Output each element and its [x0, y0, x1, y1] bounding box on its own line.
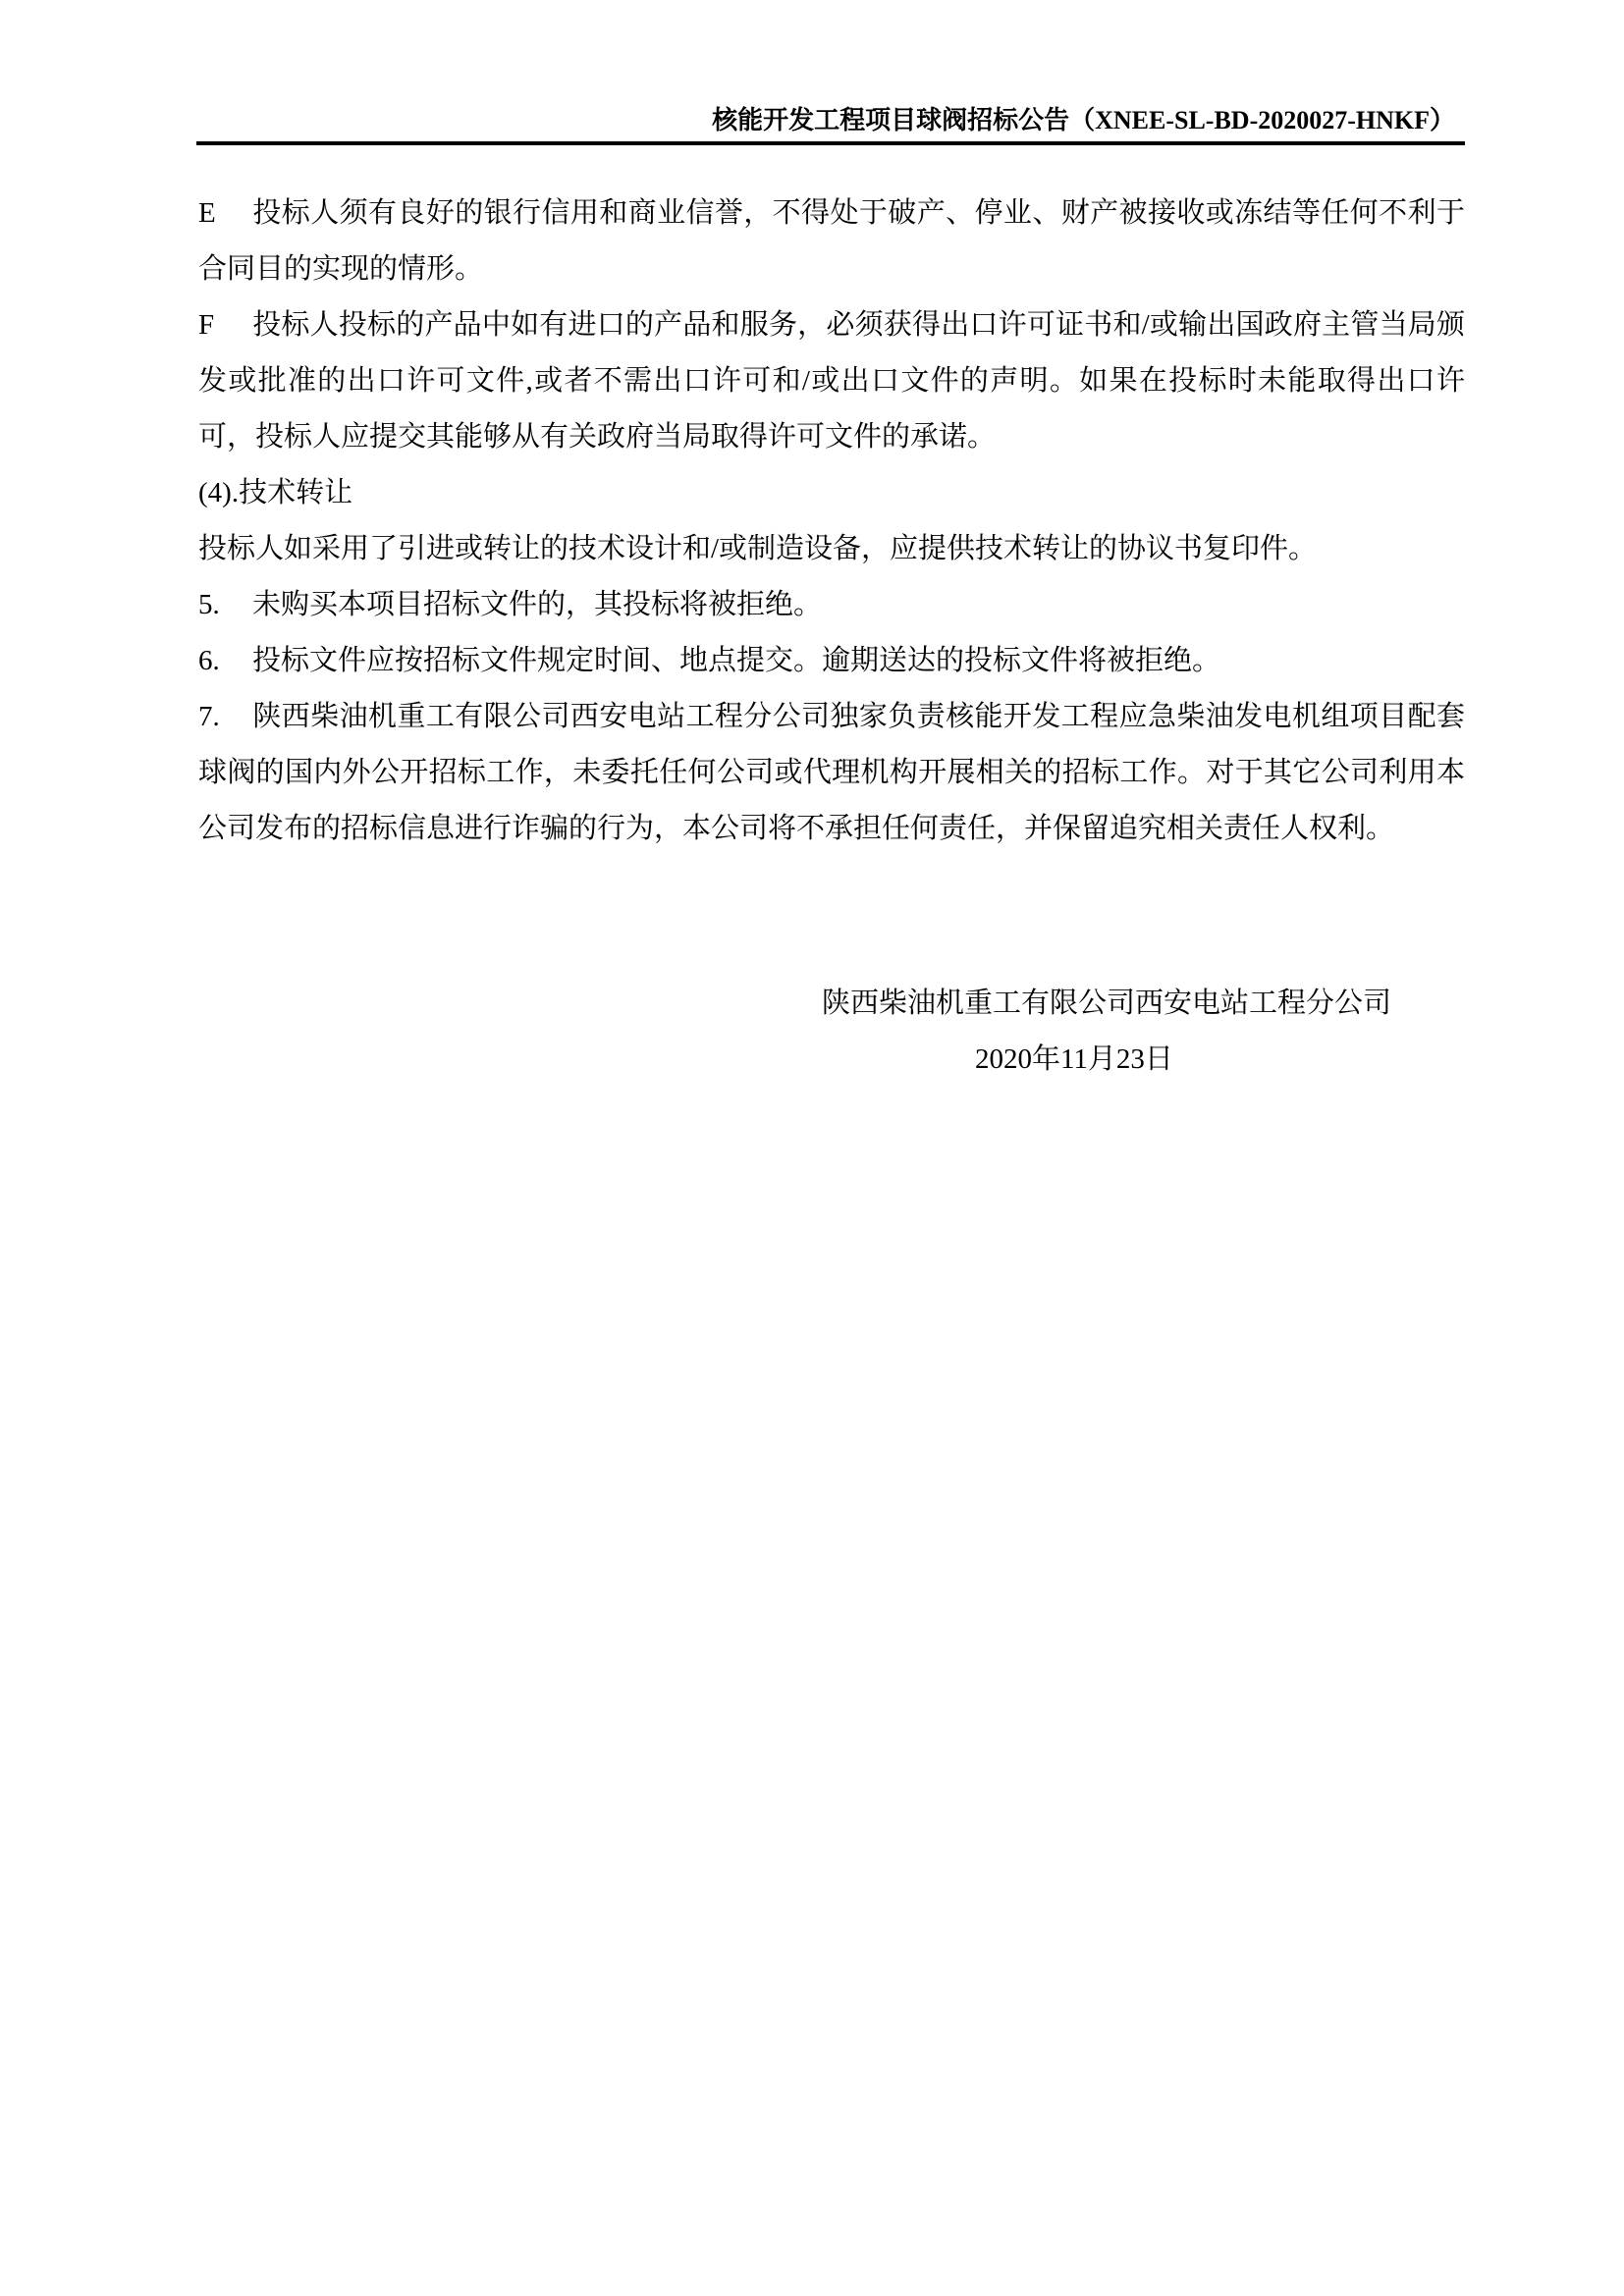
paragraph-item-5: 5.未购买本项目招标文件的，其投标将被拒绝。: [198, 577, 1465, 633]
paragraph-tech-transfer-body: 投标人如采用了引进或转让的技术设计和/或制造设备，应提供技术转让的协议书复印件。: [198, 521, 1465, 577]
paragraph-text: 陕西柴油机重工有限公司西安电站工程分公司独家负责核能开发工程应急柴油发电机组项目…: [198, 701, 1465, 844]
paragraph-text: 投标人投标的产品中如有进口的产品和服务，必须获得出口许可证书和/或输出国政府主管…: [198, 309, 1465, 453]
paragraph-e: E投标人须有良好的银行信用和商业信誉，不得处于破产、停业、财产被接收或冻结等任何…: [198, 186, 1465, 297]
document-page: 核能开发工程项目球阀招标公告（XNEE-SL-BD-2020027-HNKF） …: [0, 0, 1624, 2296]
paragraph-marker: E: [198, 186, 252, 241]
signature-company: 陕西柴油机重工有限公司西安电站工程分公司: [822, 976, 1391, 1032]
document-body: E投标人须有良好的银行信用和商业信誉，不得处于破产、停业、财产被接收或冻结等任何…: [198, 186, 1465, 857]
signature-date: 2020年11月23日: [975, 1032, 1173, 1088]
paragraph-marker: 7.: [198, 689, 252, 745]
paragraph-marker: 6.: [198, 633, 252, 689]
paragraph-item-6: 6.投标文件应按招标文件规定时间、地点提交。逾期送达的投标文件将被拒绝。: [198, 633, 1465, 689]
paragraph-marker: F: [198, 297, 252, 353]
paragraph-f: F投标人投标的产品中如有进口的产品和服务，必须获得出口许可证书和/或输出国政府主…: [198, 297, 1465, 465]
paragraph-text: 投标文件应按招标文件规定时间、地点提交。逾期送达的投标文件将被拒绝。: [252, 645, 1220, 676]
header-title: 核能开发工程项目球阀招标公告（XNEE-SL-BD-2020027-HNKF）: [712, 104, 1455, 137]
paragraph-marker: 5.: [198, 577, 252, 633]
paragraph-item-7: 7.陕西柴油机重工有限公司西安电站工程分公司独家负责核能开发工程应急柴油发电机组…: [198, 689, 1465, 857]
paragraph-text: 投标人如采用了引进或转让的技术设计和/或制造设备，应提供技术转让的协议书复印件。: [198, 533, 1317, 564]
paragraph-text: 投标人须有良好的银行信用和商业信誉，不得处于破产、停业、财产被接收或冻结等任何不…: [198, 197, 1465, 285]
paragraph-text: 未购买本项目招标文件的，其投标将被拒绝。: [252, 589, 822, 620]
paragraph-text: (4).技术转让: [198, 477, 352, 508]
paragraph-tech-transfer-heading: (4).技术转让: [198, 465, 1465, 521]
header-rule: [196, 141, 1465, 145]
